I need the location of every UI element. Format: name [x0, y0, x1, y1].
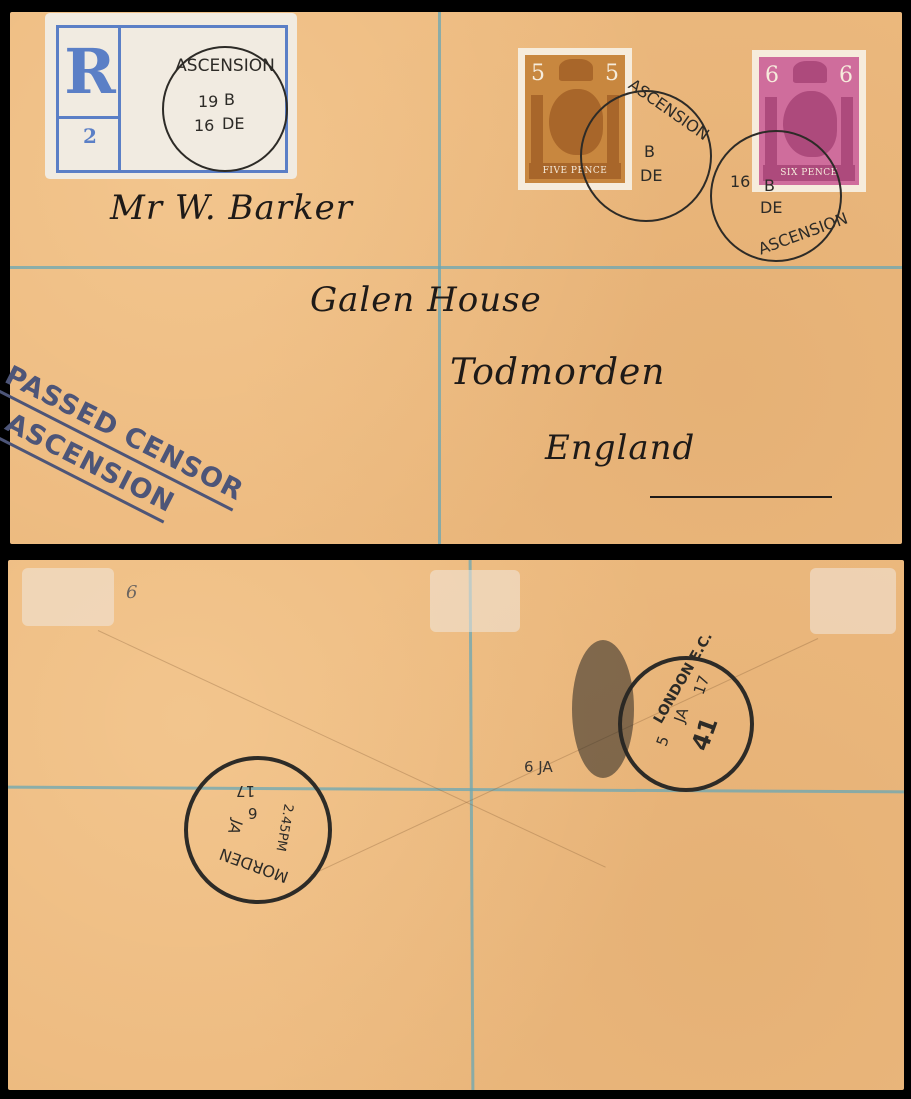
- smudged-postmark: [572, 640, 634, 778]
- censor-handstamp: PASSED CENSOR ASCENSION: [0, 360, 249, 549]
- postmark-ascension-1: ASCENSION 19 B 16 DE: [162, 46, 288, 172]
- hinge-tape-right: [810, 568, 896, 634]
- postmark-morden: MORDEN 2.45PM 6 JA 17: [184, 756, 332, 904]
- postmark-london-ec: LONDON E.C. 5 JA 17 41: [618, 656, 754, 792]
- hinge-tape-left: [22, 568, 114, 626]
- address-line-country: England: [545, 428, 695, 468]
- registration-line-vertical: [438, 12, 441, 544]
- pencil-note: 6: [126, 582, 137, 603]
- flap-edge-left: [98, 630, 606, 868]
- postmark-ascension-2: ASCENSION B DE: [580, 90, 712, 222]
- envelope-front: R 2 ASCENSION 19 B 16 DE 55 FIVE PENCE 6…: [10, 12, 902, 544]
- address-line-house: Galen House: [310, 280, 542, 320]
- registration-letter: R: [62, 32, 118, 112]
- partial-postmark: 6 JA: [524, 758, 553, 776]
- address-line-name: Mr W. Barker: [110, 188, 353, 228]
- hinge-tape-center: [430, 570, 520, 632]
- postmark-ascension-3: 16 B DE ASCENSION: [710, 130, 842, 262]
- registration-number: 2: [62, 124, 118, 148]
- envelope-back: 6 MORDEN 2.45PM 6 JA 17 LONDON E.C. 5 JA…: [8, 560, 904, 1090]
- registration-line-horizontal: [8, 786, 904, 794]
- registration-line-horizontal: [10, 266, 902, 269]
- address-line-town: Todmorden: [450, 352, 666, 393]
- registration-line-vertical: [469, 560, 475, 1090]
- address-underline: [650, 496, 832, 498]
